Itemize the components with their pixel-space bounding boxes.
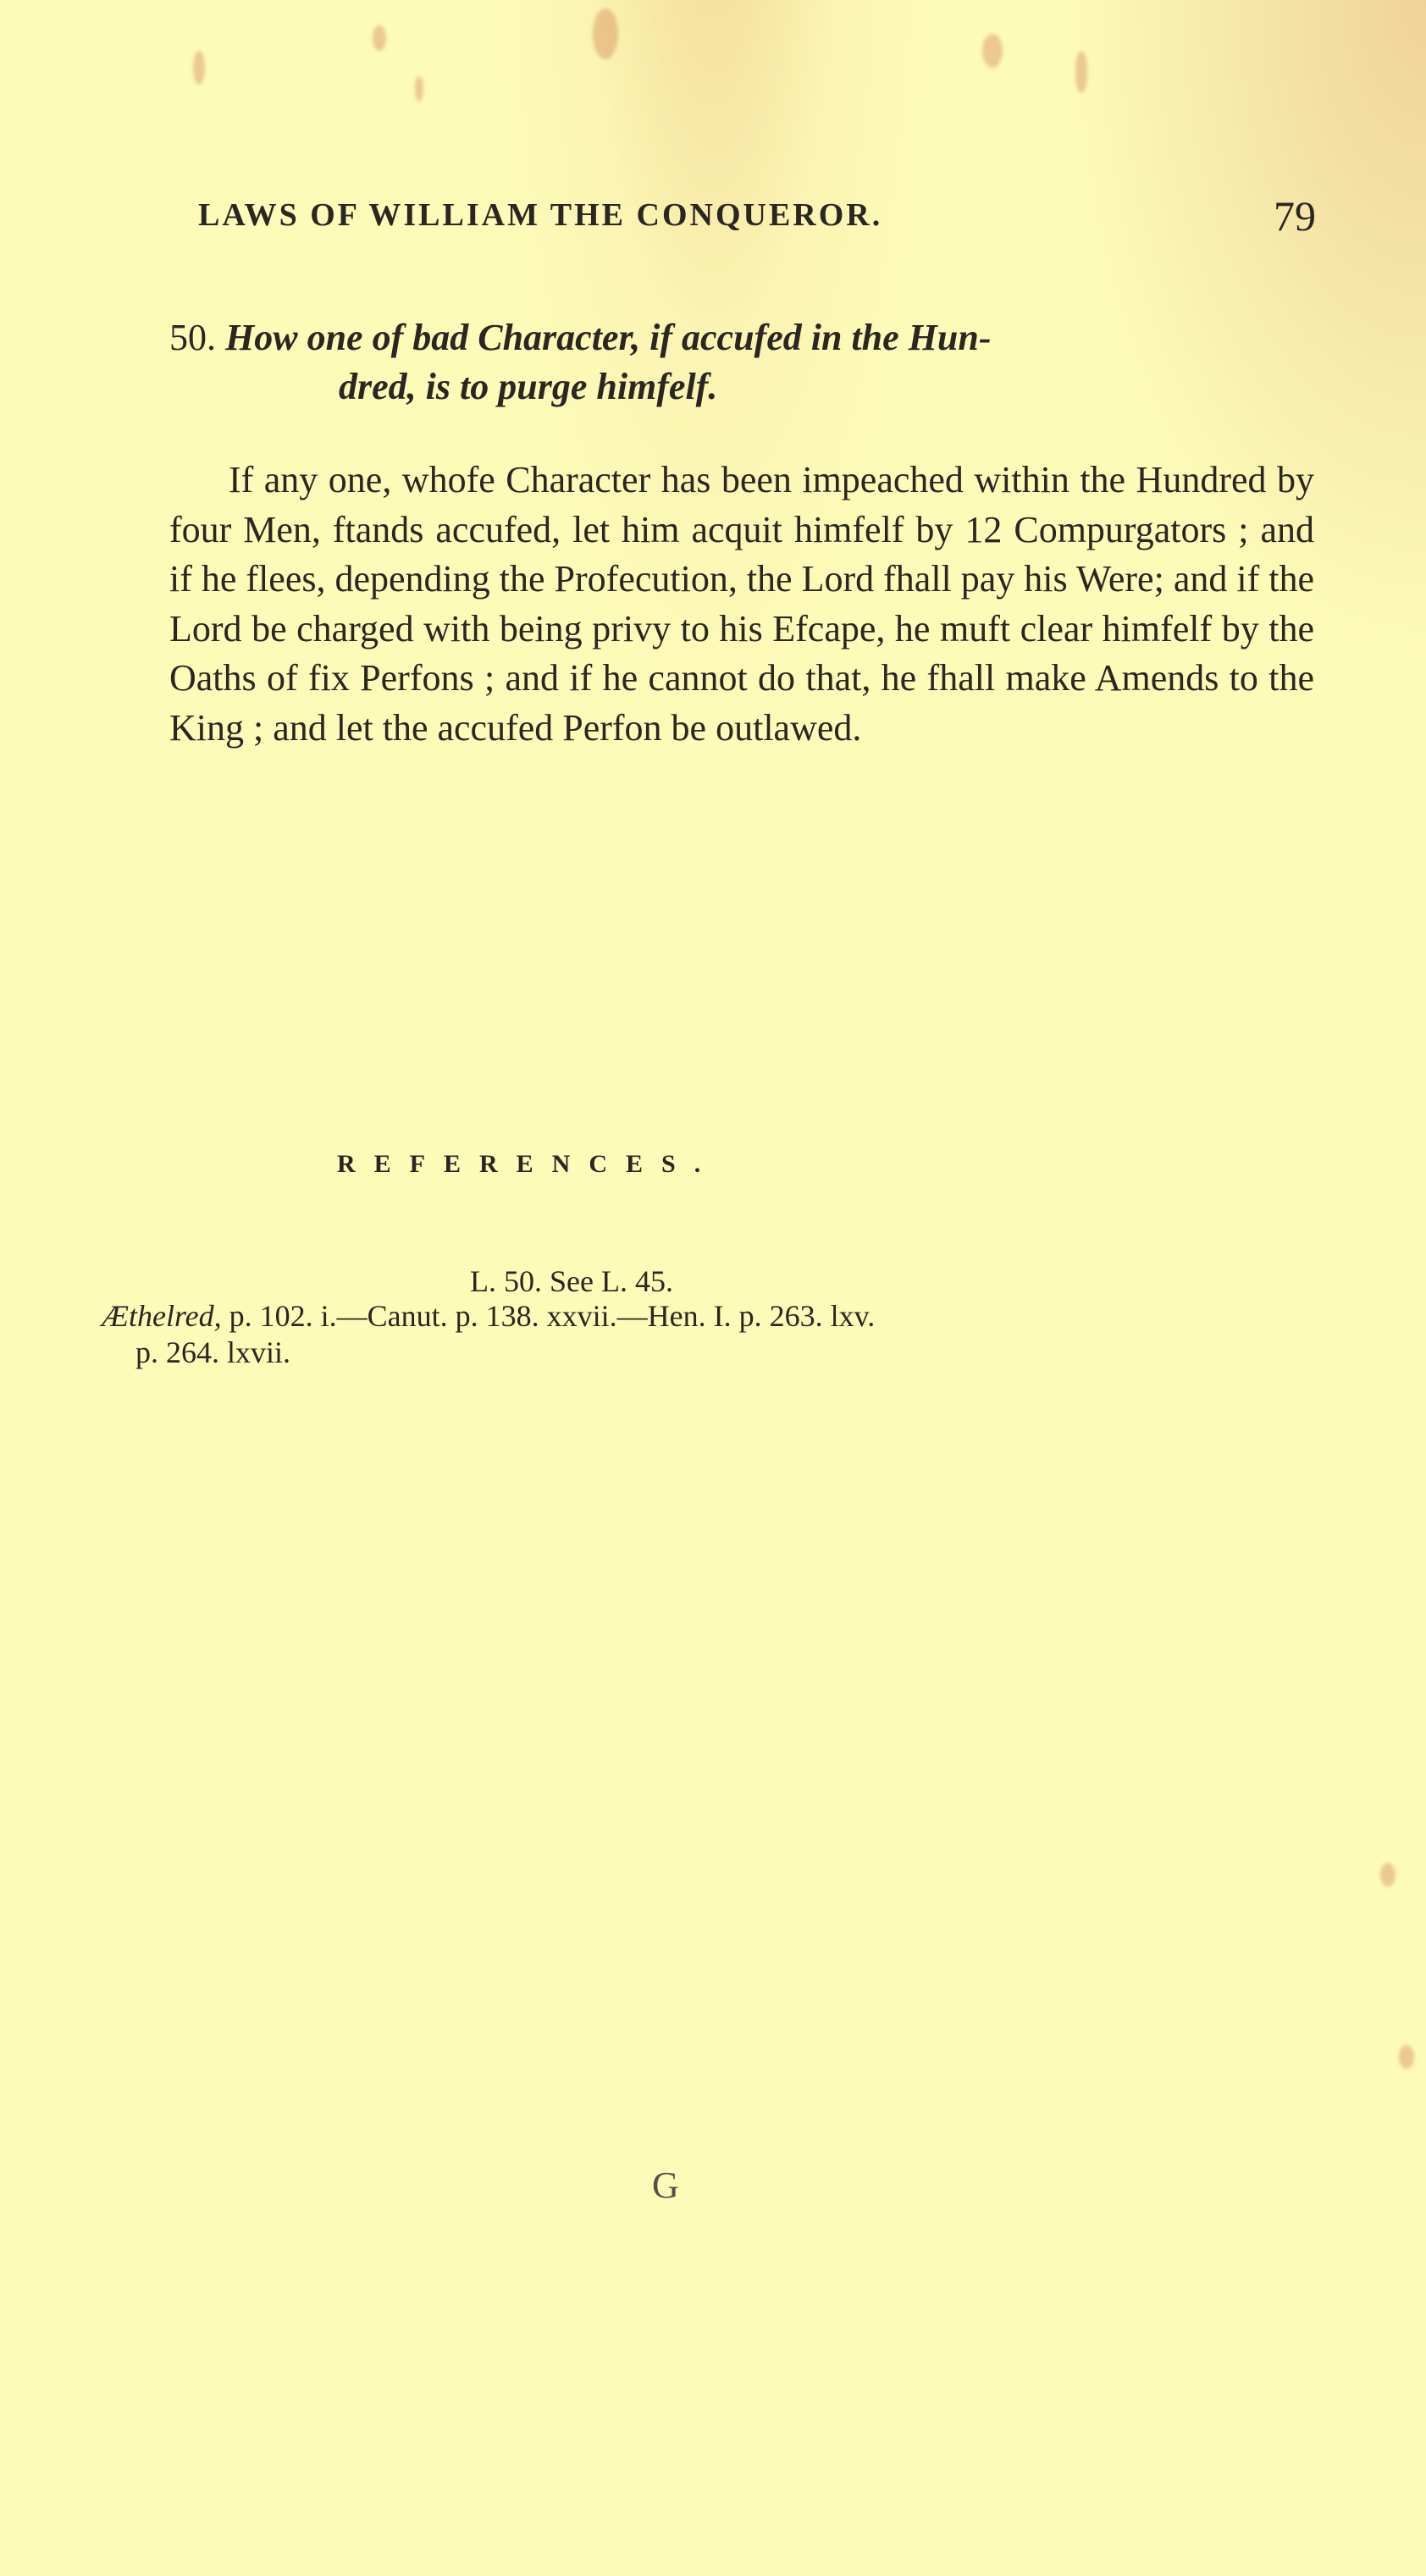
- foxing-stain: [415, 76, 423, 102]
- reference-line: p. 264. lxvii.: [135, 1335, 290, 1370]
- signature-mark: G: [652, 2164, 679, 2207]
- reference-line: Æthelred, p. 102. i.—Canut. p. 138. xxvi…: [102, 1297, 1321, 1335]
- reference-source-italic: Æthelred,: [102, 1299, 222, 1333]
- references-title: REFERENCES.: [337, 1150, 719, 1179]
- reference-line: L. 50. See L. 45.: [470, 1263, 673, 1299]
- foxing-stain: [982, 34, 1003, 68]
- law-heading: 50. How one of bad Character, if accufed…: [169, 313, 1321, 412]
- law-heading-line2: dred, is to purge himfelf.: [169, 362, 1321, 412]
- page-number: 79: [1274, 191, 1316, 240]
- reference-citations: p. 102. i.—Canut. p. 138. xxvii.—Hen. I.…: [222, 1299, 876, 1333]
- foxing-stain: [1380, 1863, 1396, 1887]
- running-head: LAWS OF WILLIAM THE CONQUEROR. 79: [198, 196, 1316, 247]
- foxing-stain: [593, 8, 618, 59]
- foxing-stain: [193, 51, 205, 85]
- law-number: 50.: [169, 317, 216, 358]
- law-heading-line1: How one of bad Character, if accufed in …: [225, 317, 991, 358]
- foxing-stain: [1075, 51, 1087, 93]
- law-body-text: If any one, whofe Character has been imp…: [169, 456, 1314, 753]
- running-title: LAWS OF WILLIAM THE CONQUEROR.: [198, 196, 882, 234]
- foxing-stain: [1399, 2045, 1414, 2069]
- foxing-stain: [373, 25, 386, 51]
- book-page: LAWS OF WILLIAM THE CONQUEROR. 79 50. Ho…: [0, 0, 1426, 2576]
